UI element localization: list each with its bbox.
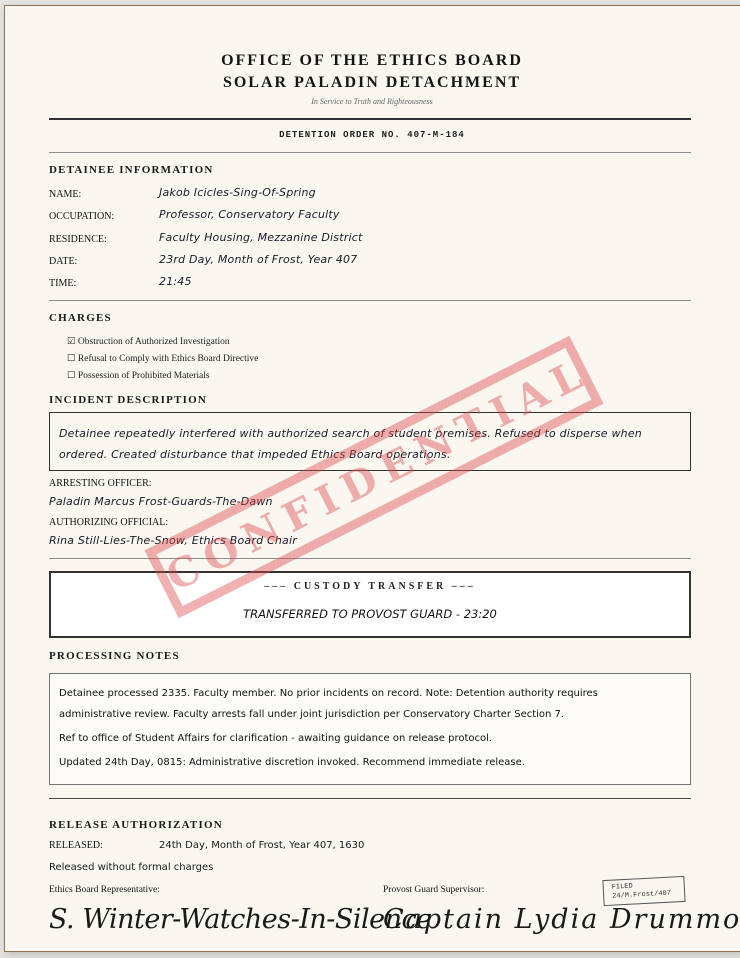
provost-supervisor-label: Provost Guard Supervisor: bbox=[383, 885, 484, 895]
provost-supervisor-signature: Captain Lydia Drummond bbox=[383, 904, 740, 935]
processing-note-line: Detainee processed 2335. Faculty member.… bbox=[59, 688, 682, 699]
processing-note-line: administrative review. Faculty arrests f… bbox=[59, 709, 682, 720]
filed-stamp: FILED 24/M.Frost/407 bbox=[602, 876, 685, 906]
custody-transfer-text: TRANSFERRED TO PROVOST GUARD - 23:20 bbox=[51, 607, 689, 621]
header-divider bbox=[49, 118, 691, 120]
confidential-stamp-text: CONFIDENTIAL bbox=[157, 348, 592, 606]
custody-transfer-box: ––– CUSTODY TRANSFER ––– TRANSFERRED TO … bbox=[49, 571, 691, 638]
arresting-officer-label: ARRESTING OFFICER: bbox=[49, 478, 152, 489]
processing-note-line: Ref to office of Student Affairs for cla… bbox=[59, 733, 682, 744]
charge-item: ☑ Obstruction of Authorized Investigatio… bbox=[67, 336, 230, 347]
custody-transfer-heading: ––– CUSTODY TRANSFER ––– bbox=[51, 581, 689, 592]
charge-label: Refusal to Comply with Ethics Board Dire… bbox=[78, 354, 258, 364]
field-label-occupation: OCCUPATION: bbox=[49, 211, 114, 222]
field-value-name: Jakob Icicles-Sing-Of-Spring bbox=[159, 186, 316, 199]
processing-note-line: Updated 24th Day, 0815: Administrative d… bbox=[59, 757, 682, 768]
section-title-detainee: DETAINEE INFORMATION bbox=[49, 164, 213, 176]
processing-notes-box: Detainee processed 2335. Faculty member.… bbox=[49, 673, 691, 785]
ethics-rep-label: Ethics Board Representative: bbox=[49, 885, 160, 895]
field-label-name: NAME: bbox=[49, 189, 81, 200]
authorizing-official-value: Rina Still-Lies-The-Snow, Ethics Board C… bbox=[49, 534, 297, 547]
charge-label: Possession of Prohibited Materials bbox=[78, 371, 210, 381]
charge-item: ☐ Refusal to Comply with Ethics Board Di… bbox=[67, 353, 258, 364]
field-label-date: DATE: bbox=[49, 256, 77, 267]
field-label-time: TIME: bbox=[49, 278, 76, 289]
order-number: DETENTION ORDER NO. 407-M-184 bbox=[5, 130, 739, 140]
divider bbox=[49, 798, 691, 799]
incident-description-text: Detainee repeatedly interfered with auth… bbox=[59, 423, 684, 465]
incident-description-box: Detainee repeatedly interfered with auth… bbox=[49, 412, 691, 471]
section-title-release: RELEASE AUTHORIZATION bbox=[49, 819, 223, 831]
field-value-time: 21:45 bbox=[159, 275, 192, 288]
ethics-rep-signature: S. Winter-Watches-In-Silence bbox=[49, 904, 432, 935]
arresting-officer-value: Paladin Marcus Frost-Guards-The-Dawn bbox=[49, 495, 273, 508]
charge-label: Obstruction of Authorized Investigation bbox=[78, 337, 230, 347]
office-title: OFFICE OF THE ETHICS BOARD bbox=[5, 52, 739, 70]
divider bbox=[49, 300, 691, 301]
section-title-charges: CHARGES bbox=[49, 312, 112, 324]
checkbox-unchecked-icon: ☐ bbox=[67, 354, 76, 364]
field-value-date: 23rd Day, Month of Frost, Year 407 bbox=[159, 253, 357, 266]
divider bbox=[49, 558, 691, 559]
tagline: In Service to Truth and Righteousness bbox=[5, 97, 739, 106]
checkbox-checked-icon: ☑ bbox=[67, 337, 76, 347]
section-title-processing: PROCESSING NOTES bbox=[49, 650, 180, 662]
release-note: Released without formal charges bbox=[49, 862, 213, 873]
field-value-occupation: Professor, Conservatory Faculty bbox=[159, 208, 340, 221]
charge-item: ☐ Possession of Prohibited Materials bbox=[67, 370, 210, 381]
released-label: RELEASED: bbox=[49, 840, 103, 851]
field-label-residence: RESIDENCE: bbox=[49, 234, 107, 245]
divider bbox=[49, 152, 691, 153]
released-value: 24th Day, Month of Frost, Year 407, 1630 bbox=[159, 840, 364, 851]
field-value-residence: Faculty Housing, Mezzanine District bbox=[159, 231, 363, 244]
detention-order-document: OFFICE OF THE ETHICS BOARD SOLAR PALADIN… bbox=[4, 5, 740, 952]
section-title-incident: INCIDENT DESCRIPTION bbox=[49, 394, 207, 406]
checkbox-unchecked-icon: ☐ bbox=[67, 371, 76, 381]
authorizing-official-label: AUTHORIZING OFFICIAL: bbox=[49, 517, 168, 528]
detachment-title: SOLAR PALADIN DETACHMENT bbox=[5, 74, 739, 92]
